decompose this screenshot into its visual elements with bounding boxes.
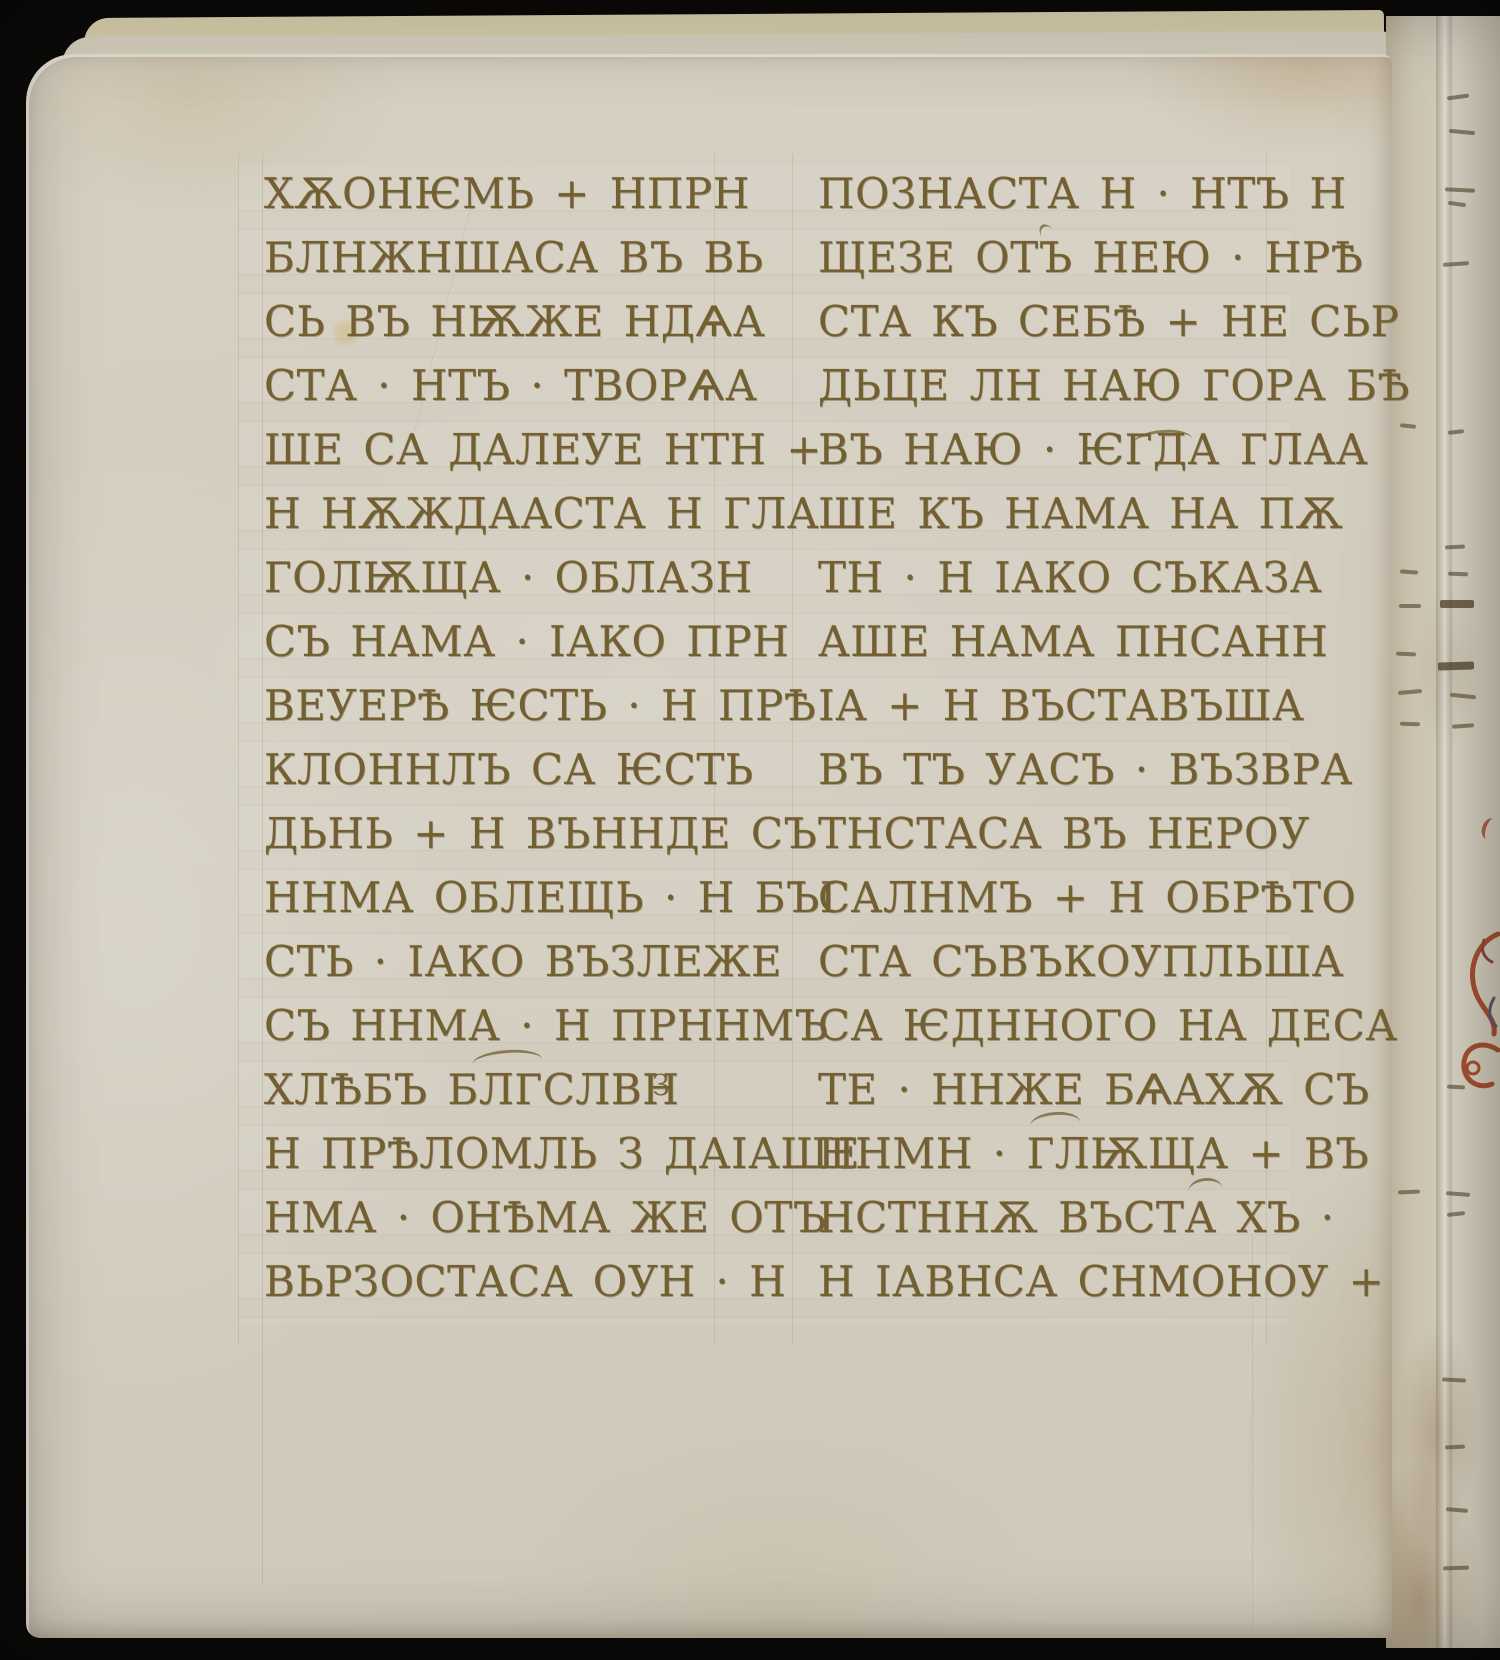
- text-line: ВЬРЗОСТАСА ОУН · Н: [264, 1252, 742, 1316]
- text-line: ЩЕЗЕ ОТЪ НЕЮ · НРѢ: [818, 228, 1296, 292]
- binding-stitch: [1440, 600, 1474, 608]
- page-verso: ХѪОНѤМЬ + НПРНБЛНЖНШАСА ВЪ ВЬСЬ ВЪ НѬЖЕ …: [26, 54, 1392, 1638]
- text-line: АШЕ НАМА ПНСАНН: [818, 612, 1296, 676]
- text-line: ДЬЦЕ ЛН НАЮ ГОРА БѢ: [818, 356, 1296, 420]
- text-line: КЛОННЛЪ СА ѤСТЬ: [264, 740, 742, 804]
- text-line: Н ІАВНСА СНМОНОУ +: [818, 1252, 1296, 1316]
- text-line: ШЕ СА ДАЛЕУЕ НТН +: [264, 420, 742, 484]
- text-line: ПОЗНАСТА Н · НТЪ Н: [818, 164, 1296, 228]
- text-line: ГОЛѬЩА · ОБЛАЗН: [264, 548, 742, 612]
- text-line: СЪ НАМА · ІАКО ПРН: [264, 612, 742, 676]
- text-line: СТА КЪ СЕБѢ + НЕ СЬР: [818, 292, 1296, 356]
- text-line: СТА · НТЪ · ТВОРѦА: [264, 356, 742, 420]
- text-line: ШЕ КЪ НАМА НА ПѪ: [818, 484, 1296, 548]
- text-column-left: ХѪОНѤМЬ + НПРНБЛНЖНШАСА ВЪ ВЬСЬ ВЪ НѬЖЕ …: [264, 164, 742, 1316]
- text-line: БЛНЖНШАСА ВЪ ВЬ: [264, 228, 742, 292]
- text-line: НМА · ОНѢМА ЖЕ ОТЪ: [264, 1188, 742, 1252]
- text-line: ННМН · ГЛѬЩА + ВЪ: [818, 1124, 1296, 1188]
- text-line: СА ѤДННОГО НА ДЕСА: [818, 996, 1296, 1060]
- gutter-fold: [1436, 16, 1452, 1648]
- binding-stitch: [1447, 1085, 1465, 1090]
- text-line: ВЪ НАЮ · ѤГДА ГЛАА: [818, 420, 1296, 484]
- text-line: Н ПРѢЛОМЛЬ З ДАІАШЕ: [264, 1124, 742, 1188]
- text-line: СЬ ВЪ НѬЖЕ НДѦА: [264, 292, 742, 356]
- binding-stitch: [1438, 661, 1474, 670]
- text-line: САЛНМЪ + Н ОБРѢТО: [818, 868, 1296, 932]
- text-column-right: ПОЗНАСТА Н · НТЪ НЩЕЗЕ ОТЪ НЕЮ · НРѢСТА …: [818, 164, 1296, 1316]
- text-line: СТА СЪВЪКОУПЛЬША: [818, 932, 1296, 996]
- text-line: ВЪ ТЪ УАСЪ · ВЪЗВРА: [818, 740, 1296, 804]
- text-line: СТЬ · ІАКО ВЪЗЛЕЖЕ: [264, 932, 742, 996]
- binding-stitch: [1448, 572, 1468, 577]
- text-line: Н НѪЖДААСТА Н ГЛА: [264, 484, 742, 548]
- ruling-vertical: [238, 154, 239, 1344]
- text-line: ХЛѢБЪ БЛГСЛВН: [264, 1060, 742, 1124]
- text-line: ВЕУЕРѢ ѤСТЬ · Н ПРѢ: [264, 676, 742, 740]
- text-line: ХѪОНѤМЬ + НПРН: [264, 164, 742, 228]
- text-line: ІА + Н ВЪСТАВЪША: [818, 676, 1296, 740]
- text-line: ТНСТАСА ВЪ НЕРОУ: [818, 804, 1296, 868]
- binding-stitch: [1399, 604, 1421, 608]
- text-line: ДЬНЬ + Н ВЪННДЕ СЪ: [264, 804, 742, 868]
- marginal-mark: З: [652, 1068, 670, 1102]
- ruling-vertical: [262, 154, 263, 1584]
- manuscript-photo: ХѪОНѤМЬ + НПРНБЛНЖНШАСА ВЪ ВЬСЬ ВЪ НѬЖЕ …: [0, 0, 1500, 1660]
- text-line: НСТННѪ ВЪСТА ХЪ ·: [818, 1188, 1296, 1252]
- red-ornament-initial: [1448, 928, 1500, 1104]
- binding-stitch: [1400, 722, 1420, 727]
- text-line: ННМА ОБЛЕЩЬ · Н БЪІ: [264, 868, 742, 932]
- binding-stitch: [1398, 1190, 1420, 1195]
- text-line: ТН · Н ІАКО СЪКАЗА: [818, 548, 1296, 612]
